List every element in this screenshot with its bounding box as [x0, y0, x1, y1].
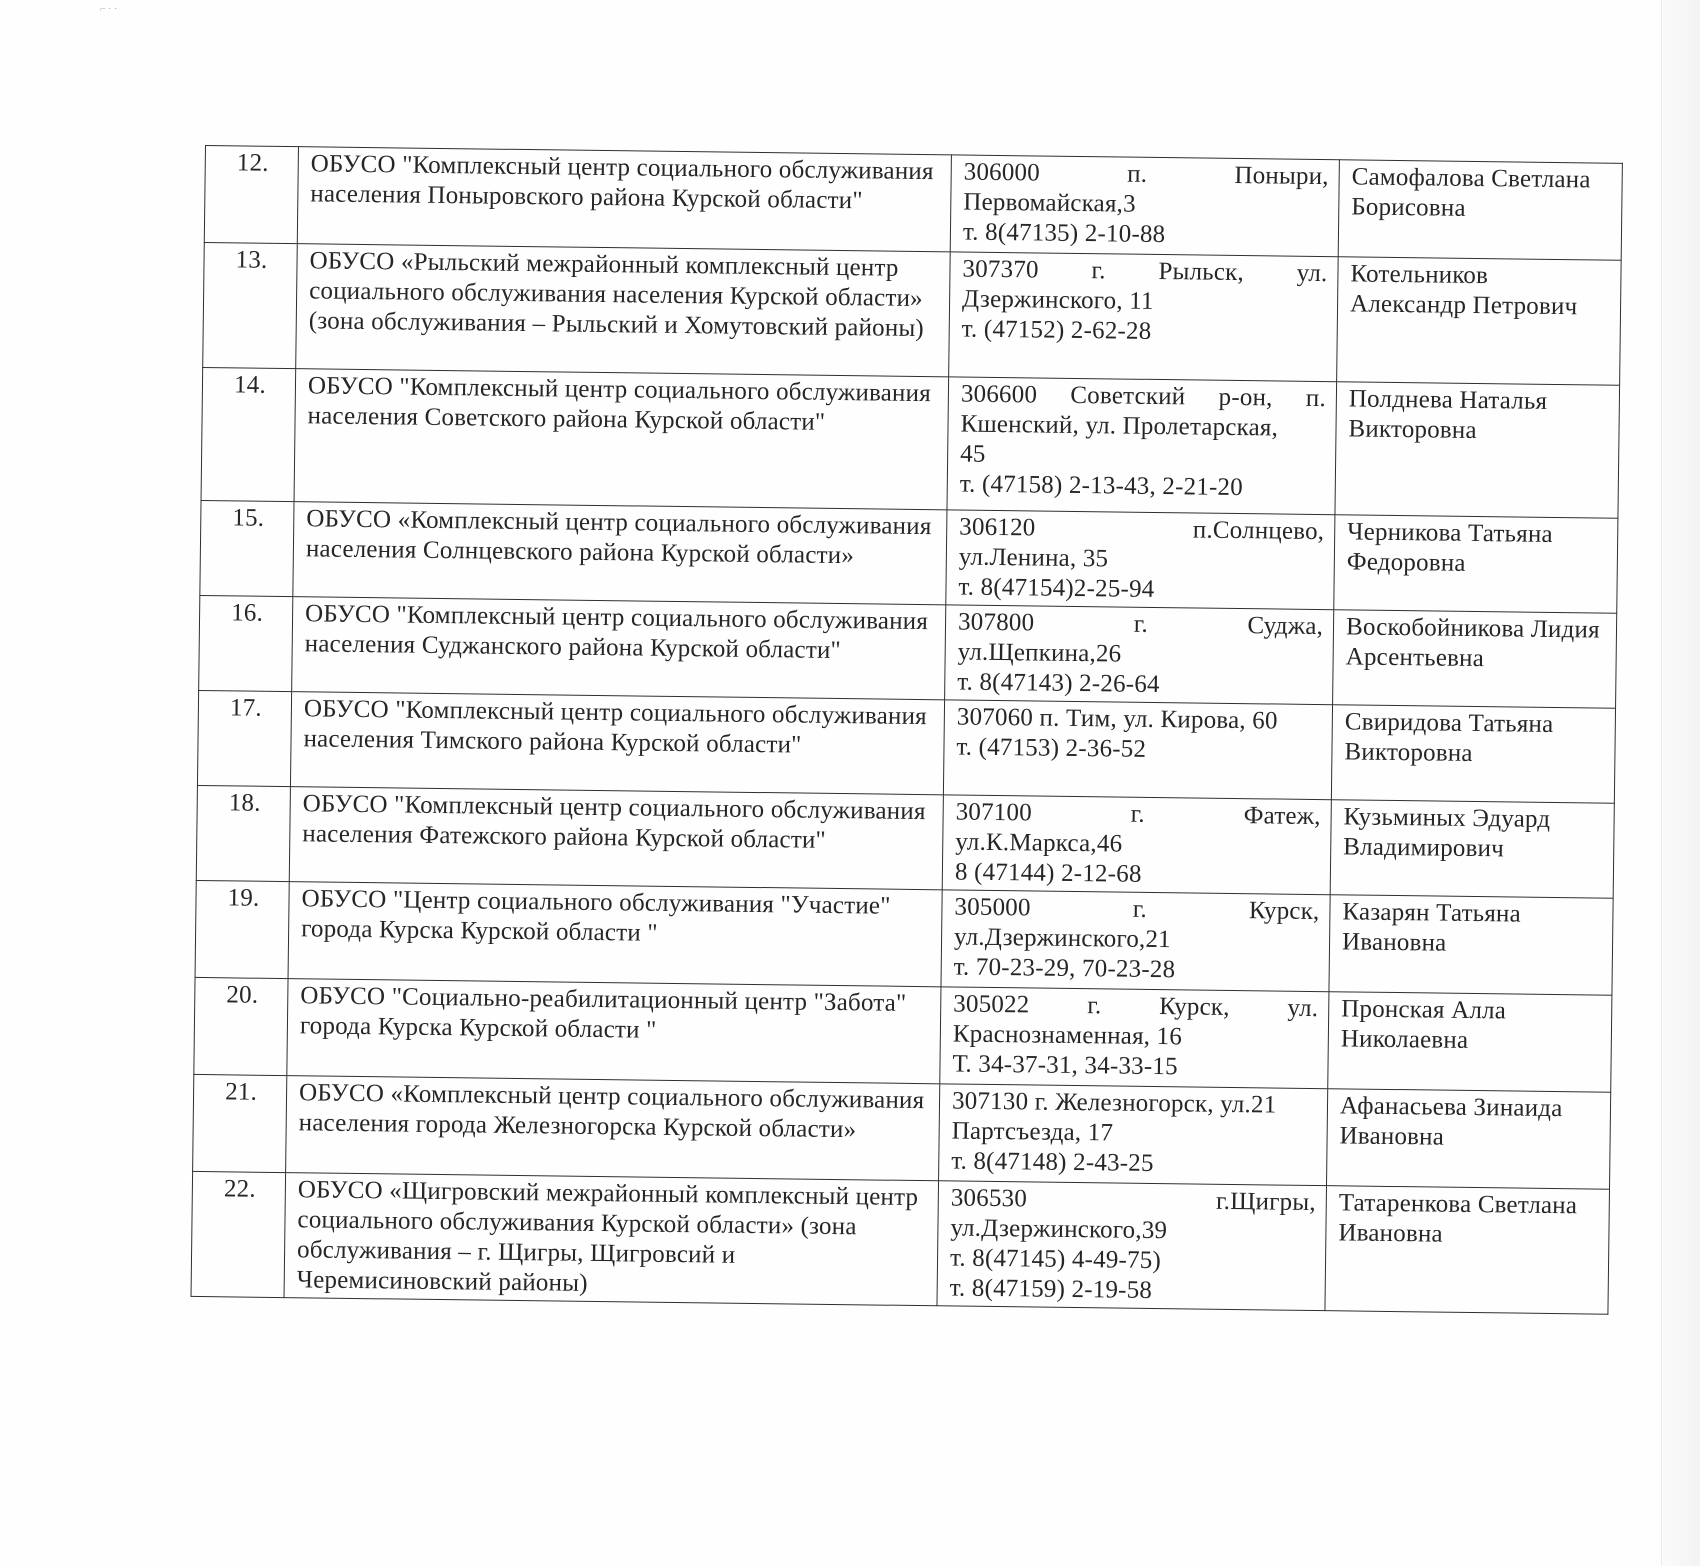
address-line: 305022 г. Курск, ул.: [953, 989, 1318, 1024]
address-line: т. 8(47148) 2-43-25: [951, 1146, 1316, 1181]
director-name: Черникова Татьяна Федоровна: [1334, 515, 1618, 614]
address-and-phone: 305000 г. Курск,ул.Дзержинского,21т. 70-…: [941, 890, 1330, 992]
row-number: 17.: [197, 690, 291, 786]
address-line: 306120 п.Солнцево,: [959, 513, 1324, 548]
row-number: 12.: [204, 146, 298, 244]
table-row: 20. ОБУСО "Социально-реабилитационный це…: [194, 977, 1612, 1092]
address-and-phone: 306120 п.Солнцево,ул.Ленина, 35т. 8(4715…: [946, 510, 1335, 610]
director-name: Полднева Наталья Викторовна: [1335, 382, 1620, 519]
director-name: Афанасьева Зинаида Ивановна: [1327, 1089, 1611, 1190]
address-line: т. 8(47145) 4-49-75): [950, 1243, 1315, 1278]
address-and-phone: 307100 г. Фатеж,ул.К.Маркса,468 (47144) …: [942, 795, 1331, 895]
address-line: 307370 г. Рыльск, ул.: [962, 255, 1327, 290]
address-line: Т. 34-37-31, 34-33-15: [952, 1049, 1317, 1084]
director-name: Татаренкова Светлана Ивановна: [1325, 1186, 1610, 1315]
table-row: 22. ОБУСО «Щигровский межрайонный компле…: [191, 1171, 1609, 1314]
address-and-phone: 307130 г. Железногорск, ул.21Партсъезда,…: [939, 1084, 1328, 1186]
address-line: 8 (47144) 2-12-68: [955, 857, 1320, 892]
table-row: 15. ОБУСО «Комплексный центр социального…: [200, 500, 1618, 613]
scan-edge-shadow: [1661, 0, 1700, 1566]
address-line: Первомайская,3: [963, 188, 1328, 223]
row-number: 14.: [201, 367, 296, 501]
address-line: т. (47158) 2-13-43, 2-21-20: [960, 470, 1325, 505]
director-name: Свиридова Татьяна Викторовна: [1331, 705, 1615, 804]
director-name: Казарян Татьяна Ивановна: [1329, 895, 1613, 996]
table-row: 21. ОБУСО «Комплексный центр социального…: [193, 1074, 1611, 1189]
table-row: 14. ОБУСО "Комплексный центр социального…: [201, 367, 1620, 518]
director-name: Кузьминых Эдуард Владимирович: [1330, 800, 1614, 899]
address-line: т. 8(47159) 2-19-58: [950, 1273, 1315, 1308]
organization-name: ОБУСО «Рыльский межрайонный комплексный …: [296, 244, 951, 377]
organization-name: ОБУСО "Комплексный центр социального обс…: [297, 147, 951, 252]
organization-name: ОБУСО "Комплексный центр социального обс…: [292, 597, 946, 700]
address-line: 307800 г. Суджа,: [958, 608, 1323, 643]
organization-name: ОБУСО "Комплексный центр социального обс…: [290, 692, 944, 795]
row-number: 16.: [199, 595, 293, 691]
address-and-phone: 306600 Советский р-он, п.Кшенский, ул. П…: [947, 377, 1337, 515]
address-line: Партсъезда, 17: [951, 1116, 1316, 1151]
address-line: 306000 п. Поныри,: [964, 158, 1329, 193]
address-line: 45: [960, 440, 1325, 475]
scanned-page: ⌐ · · 12. ОБУСО "Комплексный центр социа…: [0, 0, 1700, 1566]
row-number: 19.: [195, 880, 289, 978]
address-line: Дзержинского, 11: [962, 285, 1327, 320]
director-name: Пронская Алла Николаевна: [1328, 992, 1612, 1093]
table-row: 16. ОБУСО "Комплексный центр социального…: [199, 595, 1617, 708]
address-line: Кшенский, ул. Пролетарская,: [960, 410, 1325, 445]
address-line: ул.Щепкина,26: [957, 637, 1322, 672]
address-and-phone: 307370 г. Рыльск, ул.Дзержинского, 11т. …: [949, 252, 1339, 382]
address-line: 307130 г. Железногорск, ул.21: [952, 1086, 1317, 1121]
row-number: 20.: [194, 977, 288, 1075]
organization-name: ОБУСО «Щигровский межрайонный комплексны…: [284, 1173, 939, 1306]
address-line: т. 8(47143) 2-26-64: [957, 667, 1322, 702]
row-number: 15.: [200, 500, 294, 596]
address-line: Краснознаменная, 16: [953, 1019, 1318, 1054]
address-line: 307100 г. Фатеж,: [955, 797, 1320, 832]
address-and-phone: 305022 г. Курск, ул.Краснознаменная, 16Т…: [940, 987, 1329, 1089]
registry-table-container: 12. ОБУСО "Комплексный центр социального…: [191, 145, 1615, 1315]
address-line: ул.Дзержинского,21: [954, 922, 1319, 957]
social-services-registry-table: 12. ОБУСО "Комплексный центр социального…: [191, 145, 1623, 1315]
director-name: Котельников Александр Петрович: [1337, 257, 1622, 386]
address-line: 307060 п. Тим, ул. Кирова, 60: [957, 702, 1322, 737]
row-number: 21.: [193, 1074, 287, 1172]
address-line: 306530 г.Щигры,: [951, 1183, 1316, 1218]
director-name: Воскобойникова Лидия Арсентьевна: [1333, 610, 1617, 709]
registry-table-body: 12. ОБУСО "Комплексный центр социального…: [191, 146, 1622, 1315]
address-and-phone: 307060 п. Тим, ул. Кирова, 60т. (47153) …: [943, 700, 1332, 800]
address-line: т. (47152) 2-62-28: [962, 315, 1327, 350]
table-row: 17. ОБУСО "Комплексный центр социального…: [197, 690, 1615, 803]
address-line: ул.К.Маркса,46: [955, 827, 1320, 862]
organization-name: ОБУСО «Комплексный центр социального обс…: [293, 502, 947, 605]
address-line: ул.Ленина, 35: [959, 543, 1324, 578]
organization-name: ОБУСО "Комплексный центр социального обс…: [289, 787, 943, 890]
address-and-phone: 307800 г. Суджа,ул.Щепкина,26 т. 8(47143…: [945, 605, 1334, 705]
address-line: т. 8(47154)2-25-94: [958, 573, 1323, 608]
organization-name: ОБУСО "Центр социального обслуживания "У…: [288, 882, 942, 987]
address-line: т. 8(47135) 2-10-88: [963, 218, 1328, 253]
address-and-phone: 306000 п. Поныри,Первомайская,3т. 8(4713…: [950, 155, 1339, 257]
row-number: 13.: [203, 242, 298, 368]
address-line: т. (47153) 2-36-52: [956, 732, 1321, 767]
row-number: 22.: [191, 1171, 286, 1297]
table-row: 12. ОБУСО "Комплексный центр социального…: [204, 146, 1622, 261]
address-line: т. 70-23-29, 70-23-28: [954, 952, 1319, 987]
table-row: 13. ОБУСО «Рыльский межрайонный комплекс…: [203, 242, 1621, 385]
address-line: 305000 г. Курск,: [954, 892, 1319, 927]
organization-name: ОБУСО "Комплексный центр социального обс…: [294, 369, 949, 510]
address-line: 306600 Советский р-он, п.: [961, 380, 1326, 415]
organization-name: ОБУСО «Комплексный центр социального обс…: [286, 1076, 940, 1181]
row-number: 18.: [196, 785, 290, 881]
organization-name: ОБУСО "Социально-реабилитационный центр …: [287, 979, 941, 1084]
address-and-phone: 306530 г.Щигры,ул.Дзержинского,39т. 8(47…: [937, 1181, 1327, 1311]
table-row: 19. ОБУСО "Центр социального обслуживани…: [195, 880, 1613, 995]
scan-corner-mark: ⌐ · ·: [100, 4, 180, 10]
director-name: Самофалова Светлана Борисовна: [1338, 160, 1622, 261]
address-line: ул.Дзержинского,39: [950, 1213, 1315, 1248]
table-row: 18. ОБУСО "Комплексный центр социального…: [196, 785, 1614, 898]
